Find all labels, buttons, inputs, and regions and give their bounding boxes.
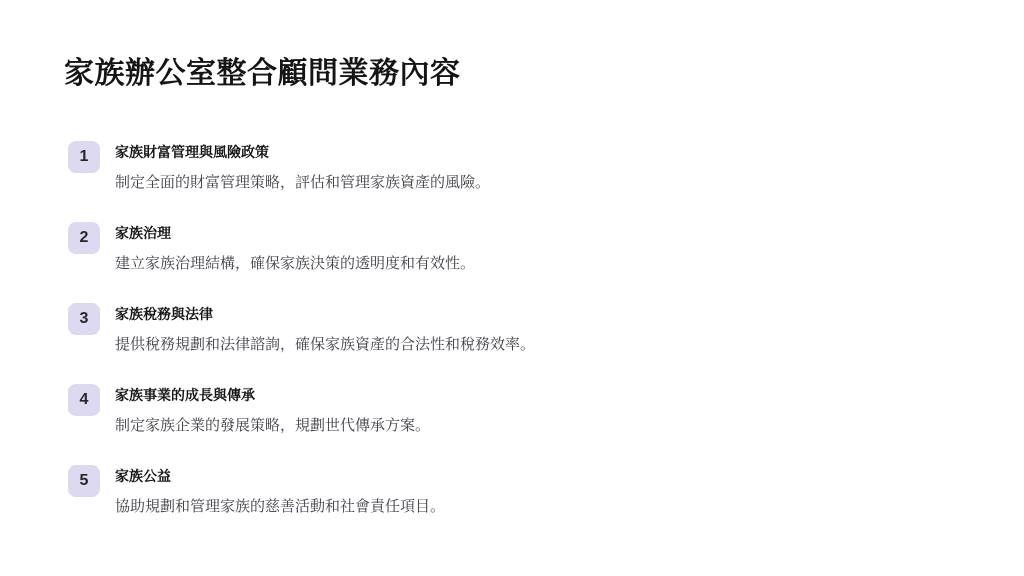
item-title: 家族事業的成長與傳承 <box>115 385 430 405</box>
item-description: 提供稅務規劃和法律諮詢，確保家族資產的合法性和稅務效率。 <box>115 334 535 356</box>
item-body: 家族財富管理與風險政策 制定全面的財富管理策略，評估和管理家族資產的風險。 <box>115 141 490 194</box>
item-body: 家族治理 建立家族治理結構，確保家族決策的透明度和有效性。 <box>115 222 475 275</box>
item-title: 家族稅務與法律 <box>115 304 535 324</box>
item-description: 制定家族企業的發展策略，規劃世代傳承方案。 <box>115 415 430 437</box>
item-number-badge: 5 <box>68 465 100 497</box>
list-item: 5 家族公益 協助規劃和管理家族的慈善活動和社會責任項目。 <box>68 465 960 518</box>
page-title: 家族辦公室整合顧問業務內容 <box>64 56 960 92</box>
item-title: 家族治理 <box>115 223 475 243</box>
item-body: 家族稅務與法律 提供稅務規劃和法律諮詢，確保家族資產的合法性和稅務效率。 <box>115 303 535 356</box>
list-item: 2 家族治理 建立家族治理結構，確保家族決策的透明度和有效性。 <box>68 222 960 275</box>
item-body: 家族公益 協助規劃和管理家族的慈善活動和社會責任項目。 <box>115 465 445 518</box>
item-number-badge: 1 <box>68 141 100 173</box>
item-description: 制定全面的財富管理策略，評估和管理家族資產的風險。 <box>115 172 490 194</box>
slide: 家族辦公室整合顧問業務內容 1 家族財富管理與風險政策 制定全面的財富管理策略，… <box>0 0 1024 576</box>
item-title: 家族公益 <box>115 466 445 486</box>
item-number-badge: 4 <box>68 384 100 416</box>
list-item: 3 家族稅務與法律 提供稅務規劃和法律諮詢，確保家族資產的合法性和稅務效率。 <box>68 303 960 356</box>
item-number-badge: 3 <box>68 303 100 335</box>
list-item: 4 家族事業的成長與傳承 制定家族企業的發展策略，規劃世代傳承方案。 <box>68 384 960 437</box>
item-description: 協助規劃和管理家族的慈善活動和社會責任項目。 <box>115 496 445 518</box>
item-number-badge: 2 <box>68 222 100 254</box>
item-title: 家族財富管理與風險政策 <box>115 142 490 162</box>
service-list: 1 家族財富管理與風險政策 制定全面的財富管理策略，評估和管理家族資產的風險。 … <box>68 141 960 518</box>
item-body: 家族事業的成長與傳承 制定家族企業的發展策略，規劃世代傳承方案。 <box>115 384 430 437</box>
item-description: 建立家族治理結構，確保家族決策的透明度和有效性。 <box>115 253 475 275</box>
list-item: 1 家族財富管理與風險政策 制定全面的財富管理策略，評估和管理家族資產的風險。 <box>68 141 960 194</box>
